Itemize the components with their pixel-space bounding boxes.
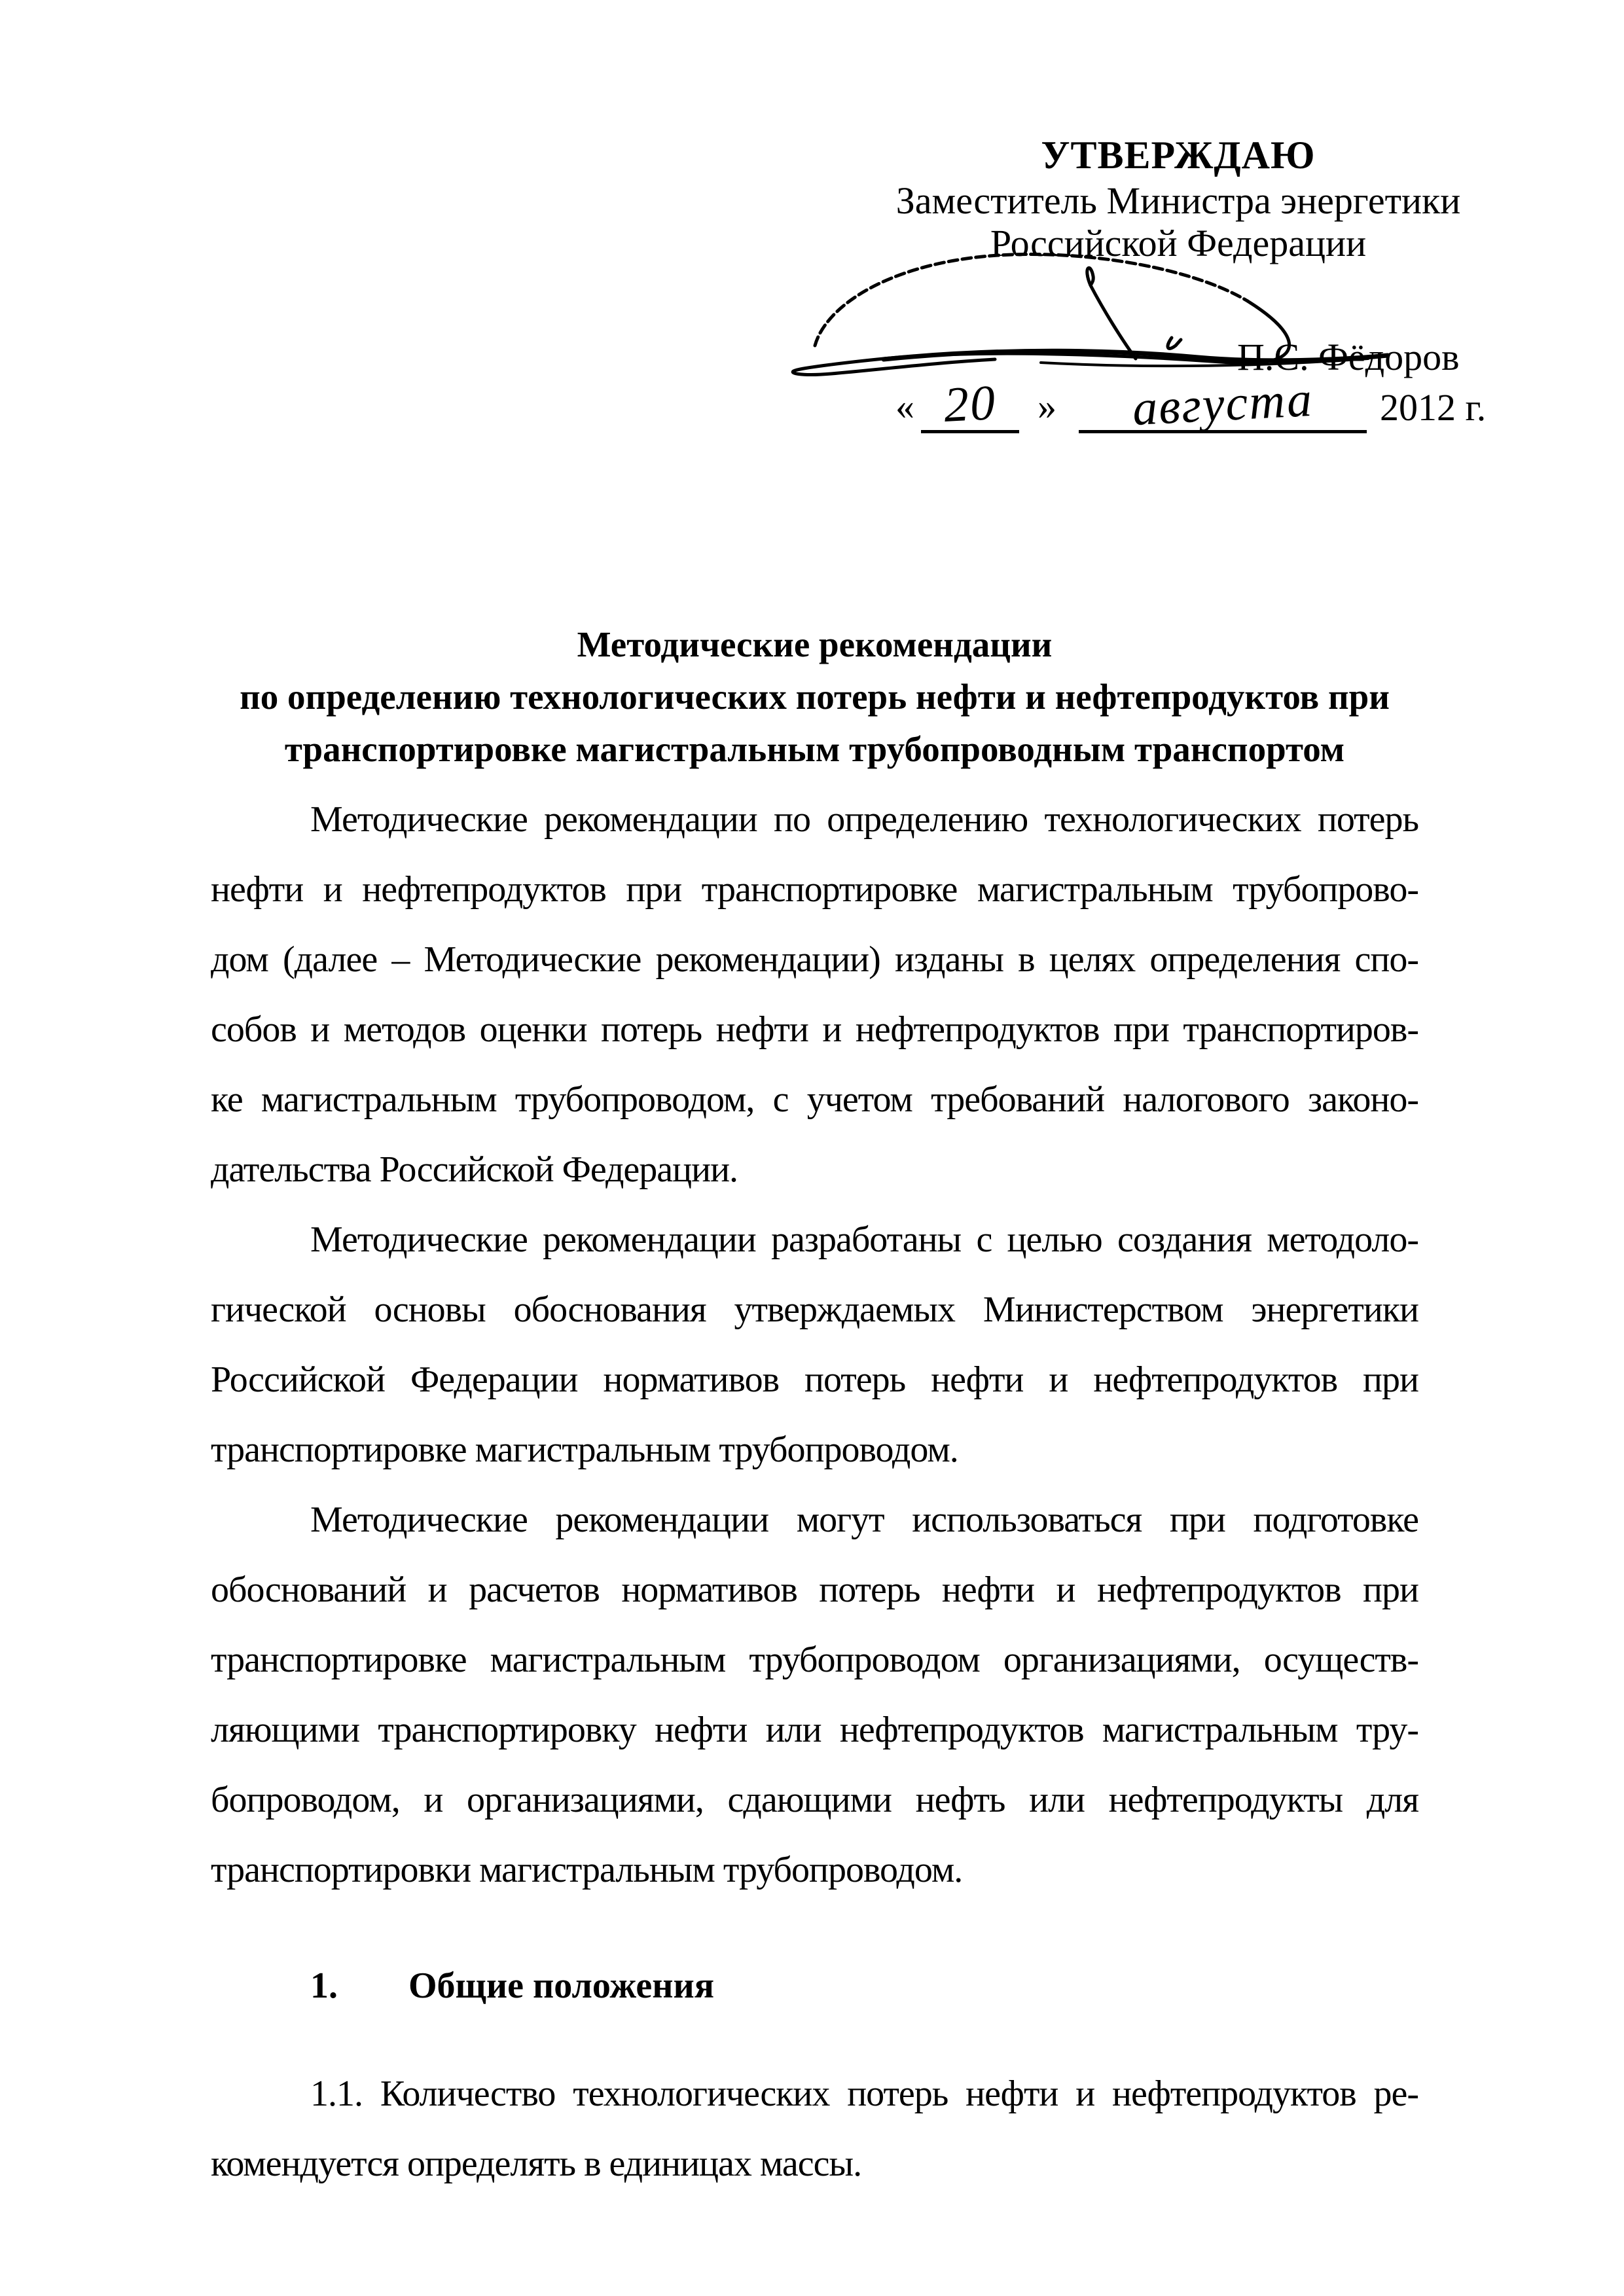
paragraph-line: обоснований и расчетов нормативов потерь… (211, 1555, 1418, 1625)
date-year: 2012 г. (1380, 386, 1486, 433)
paragraph-line: Методические рекомендации разработаны с … (211, 1205, 1418, 1275)
date-month-handwritten: августа (1131, 373, 1314, 435)
date-month-blank: августа (1079, 378, 1367, 433)
paragraph-line: транспортировке магистральным трубопрово… (211, 1625, 1418, 1695)
title-line-3: транспортировке магистральным трубопрово… (211, 723, 1418, 776)
paragraph-line: дом (далее – Методические рекомендации) … (211, 925, 1418, 995)
paragraph-line: транспортировки магистральным трубопрово… (211, 1835, 1418, 1905)
approval-block: УТВЕРЖДАЮ Заместитель Министра энергетик… (880, 131, 1476, 264)
paragraph-line: нефти и нефтепродуктов при транспортиров… (211, 855, 1418, 925)
approval-date: « 20 » августа 2012 г. (895, 373, 1486, 433)
paragraph-1: Методические рекомендации по определению… (211, 785, 1418, 1205)
document-body: Методические рекомендации по определению… (211, 619, 1418, 2199)
date-day-handwritten: 20 (943, 376, 998, 431)
date-close-quote: » (1038, 384, 1056, 433)
section-1-heading: 1.Общие положения (211, 1951, 1418, 2021)
paragraph-line: транспортировке магистральным трубопрово… (211, 1415, 1418, 1485)
document-page: УТВЕРЖДАЮ Заместитель Министра энергетик… (0, 0, 1624, 2296)
paragraph-line: бопроводом, и организациями, сдающими не… (211, 1765, 1418, 1835)
approver-name: П.С. Фёдоров (1237, 335, 1460, 379)
section-1-number: 1. (310, 1965, 338, 2006)
title-line-2: по определению технологических потерь не… (211, 671, 1418, 723)
date-day-blank: 20 (921, 378, 1019, 433)
approver-title-line1: Заместитель Министра энергетики (880, 179, 1476, 222)
paragraph-3: Методические рекомендации могут использо… (211, 1485, 1418, 1905)
paragraph-line: ке магистральным трубопроводом, с учетом… (211, 1065, 1418, 1135)
approve-label: УТВЕРЖДАЮ (880, 131, 1476, 179)
paragraph-line: собов и методов оценки потерь нефти и не… (211, 995, 1418, 1065)
section-1-title: Общие положения (408, 1965, 714, 2006)
paragraph-line: Российской Федерации нормативов потерь н… (211, 1345, 1418, 1415)
paragraph-line: Методические рекомендации могут использо… (211, 1485, 1418, 1555)
paragraph-line: 1.1. Количество технологических потерь н… (211, 2059, 1418, 2129)
paragraph-line: ляющими транспортировку нефти или нефтеп… (211, 1695, 1418, 1765)
paragraph-line: дательства Российской Федерации. (211, 1135, 1418, 1205)
document-title: Методические рекомендации по определению… (211, 619, 1418, 776)
paragraph-line: гической основы обоснования утверждаемых… (211, 1275, 1418, 1345)
title-line-1: Методические рекомендации (211, 619, 1418, 671)
paragraph-2: Методические рекомендации разработаны с … (211, 1205, 1418, 1485)
date-open-quote: « (895, 384, 914, 433)
paragraph-line: Методические рекомендации по определению… (211, 785, 1418, 855)
paragraph-1-1: 1.1. Количество технологических потерь н… (211, 2059, 1418, 2199)
paragraph-line: комендуется определять в единицах массы. (211, 2129, 1418, 2199)
